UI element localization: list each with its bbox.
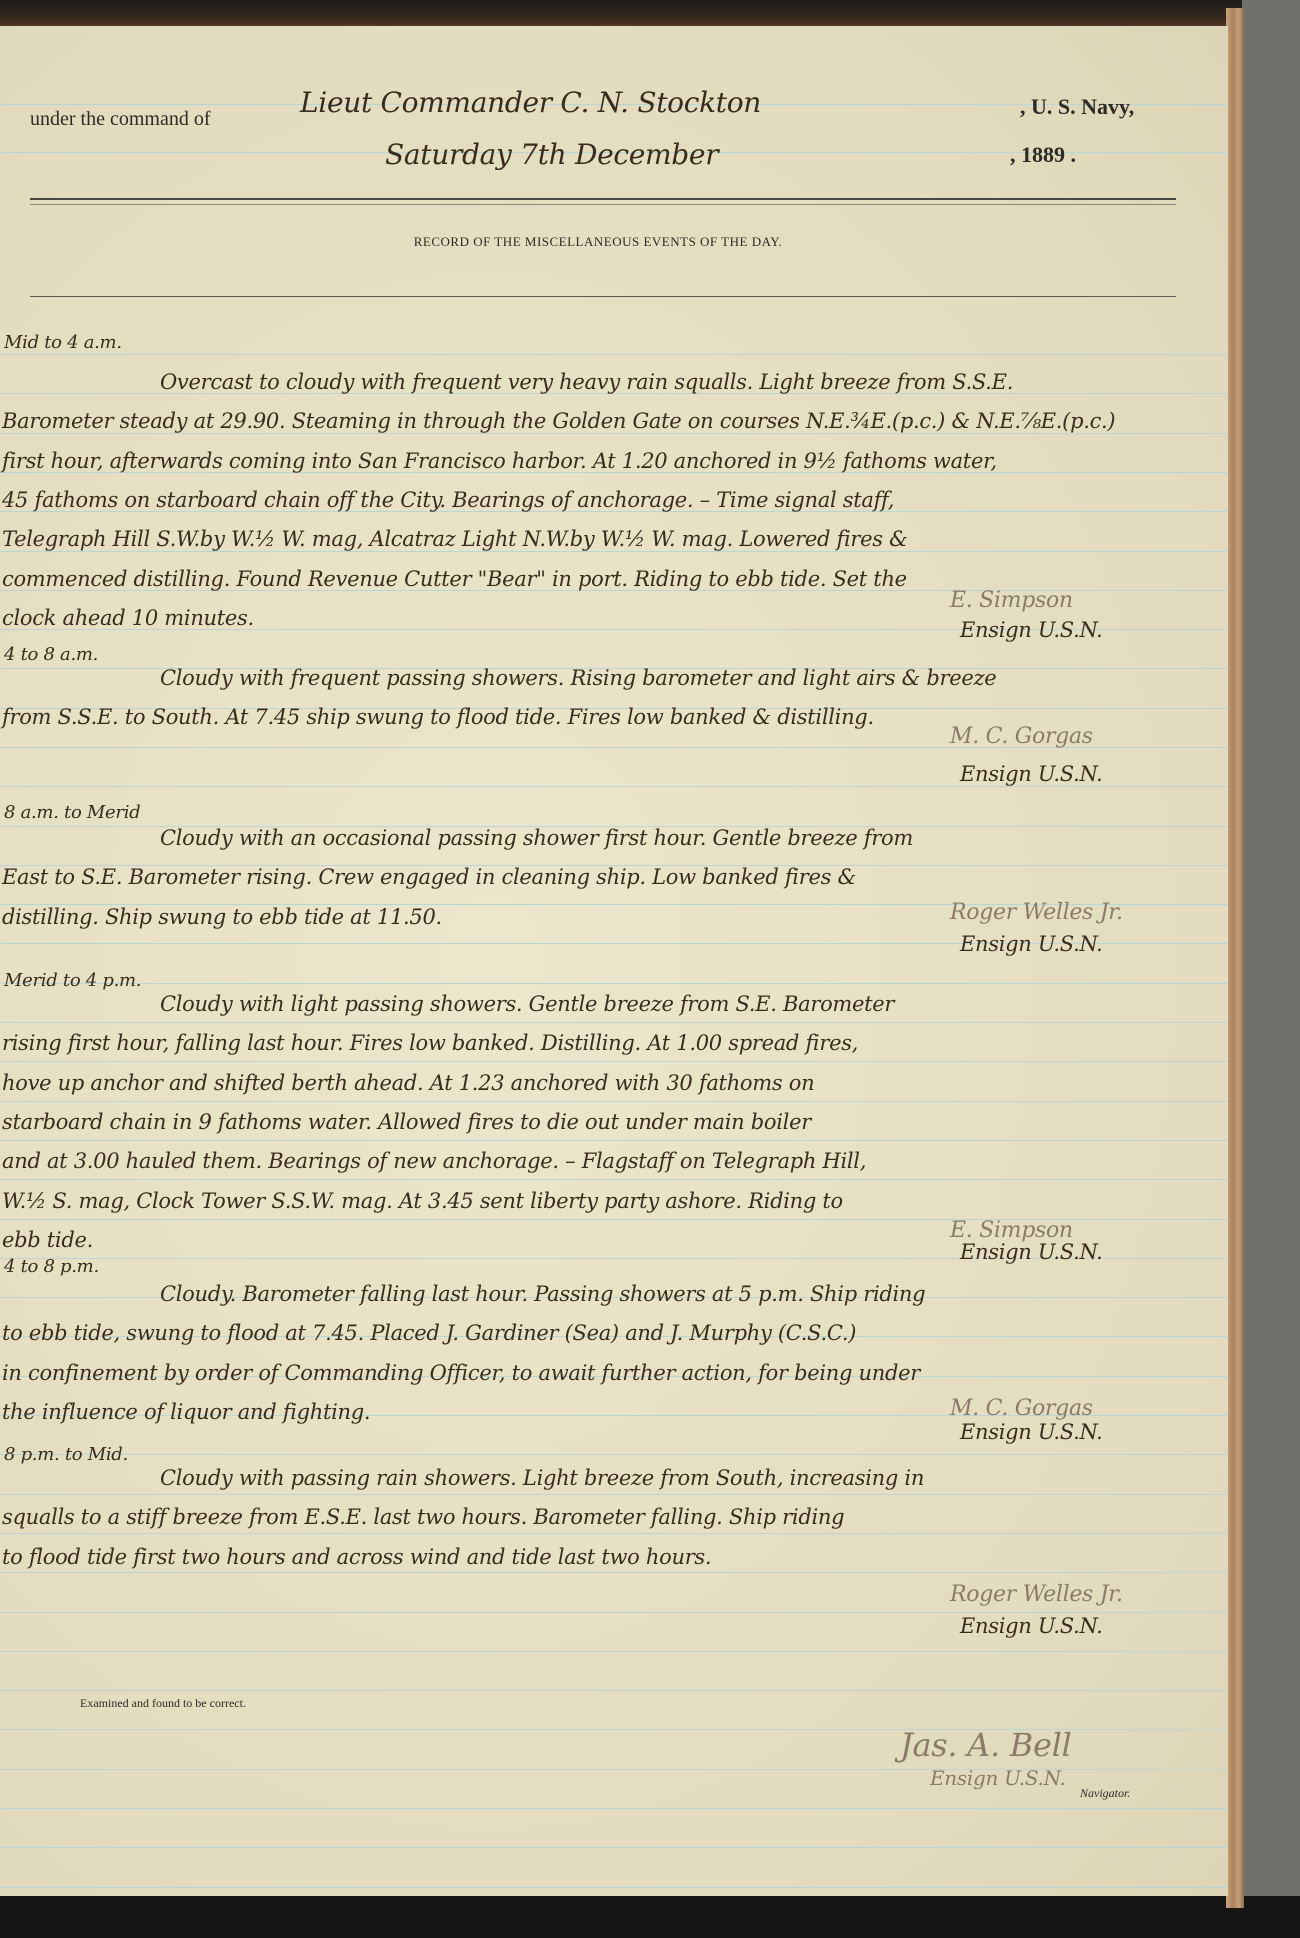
ruled-line	[0, 1179, 1228, 1180]
entry-line: rising first hour, falling last hour. Fi…	[2, 1031, 858, 1055]
section-divider	[30, 296, 1176, 297]
officer-signature: M. C. Gorgas	[950, 724, 1093, 749]
ruled-line	[0, 1533, 1228, 1534]
entry-line: Cloudy. Barometer falling last hour. Pas…	[160, 1282, 925, 1306]
watch-period: 8 p.m. to Mid.	[4, 1444, 128, 1465]
entry-line: 45 fathoms on starboard chain off the Ci…	[2, 488, 894, 512]
ruled-line	[0, 1022, 1228, 1023]
entry-line: East to S.E. Barometer rising. Crew enga…	[2, 865, 856, 889]
officer-rank: Ensign U.S.N.	[960, 932, 1103, 956]
logbook-page: under the command of Lieut Commander C. …	[0, 26, 1228, 1896]
ruled-line	[0, 1140, 1228, 1141]
entry-line: Cloudy with light passing showers. Gentl…	[160, 992, 894, 1016]
entry-line: to flood tide first two hours and across…	[2, 1545, 711, 1569]
ruled-line	[0, 1061, 1228, 1062]
entry-line: Cloudy with an occasional passing shower…	[160, 826, 913, 850]
backdrop-bottom	[0, 1896, 1300, 1938]
ruled-line	[0, 1494, 1228, 1495]
entry-line: in confinement by order of Commanding Of…	[2, 1361, 920, 1385]
ruled-line	[0, 1651, 1228, 1652]
log-year: , 1889 .	[1010, 142, 1076, 168]
entry-line: to ebb tide, swung to flood at 7.45. Pla…	[2, 1321, 856, 1345]
entry-line: hove up anchor and shifted berth ahead. …	[2, 1071, 814, 1095]
watch-period: 8 a.m. to Merid	[4, 802, 140, 823]
navigator-signature: Jas. A. Bell	[900, 1726, 1071, 1764]
entry-line: clock ahead 10 minutes.	[2, 606, 254, 630]
entry-line: W.½ S. mag, Clock Tower S.S.W. mag. At 3…	[2, 1189, 843, 1213]
ruled-line	[0, 1454, 1228, 1455]
ruled-line	[0, 1887, 1228, 1888]
header-divider-thin	[30, 204, 1176, 205]
officer-rank: Ensign U.S.N.	[960, 1240, 1103, 1264]
ruled-line	[0, 1572, 1228, 1573]
page-edge	[1226, 8, 1244, 1908]
officer-rank: Ensign U.S.N.	[960, 618, 1103, 642]
entry-line: Telegraph Hill S.W.by W.½ W. mag, Alcatr…	[2, 527, 908, 551]
entry-line: commenced distilling. Found Revenue Cutt…	[2, 567, 907, 591]
ruled-line	[0, 551, 1228, 552]
officer-signature: M. C. Gorgas	[950, 1396, 1093, 1421]
ruled-line	[0, 786, 1228, 787]
ruled-line	[0, 1690, 1228, 1691]
entry-line: and at 3.00 hauled them. Bearings of new…	[2, 1149, 866, 1173]
officer-rank: Ensign U.S.N.	[960, 1614, 1103, 1638]
entry-line: first hour, afterwards coming into San F…	[2, 449, 997, 473]
ruled-line	[0, 433, 1228, 434]
backdrop-right	[1242, 0, 1300, 1938]
officer-rank: Ensign U.S.N.	[960, 1420, 1103, 1444]
watch-period: 4 to 8 p.m.	[4, 1256, 99, 1277]
commander-name: Lieut Commander C. N. Stockton	[300, 86, 761, 119]
ruled-line	[0, 1808, 1228, 1809]
entry-line: Barometer steady at 29.90. Steaming in t…	[2, 409, 1115, 433]
examined-note: Examined and found to be correct.	[80, 1696, 246, 1711]
watch-period: Merid to 4 p.m.	[4, 970, 141, 991]
backdrop-top	[0, 0, 1300, 28]
entry-line: Cloudy with passing rain showers. Light …	[160, 1466, 924, 1490]
ruled-line	[0, 1101, 1228, 1102]
entry-line: starboard chain in 9 fathoms water. Allo…	[2, 1110, 811, 1134]
navigator-label: Navigator.	[1080, 1786, 1130, 1801]
entry-line: ebb tide.	[2, 1228, 93, 1252]
header-divider	[30, 198, 1176, 200]
entry-line: from S.S.E. to South. At 7.45 ship swung…	[2, 705, 874, 729]
ruled-line	[0, 1612, 1228, 1613]
officer-signature: Roger Welles Jr.	[950, 1582, 1123, 1607]
ruled-line	[0, 1847, 1228, 1848]
navigator-rank: Ensign U.S.N.	[930, 1766, 1066, 1790]
entry-line: distilling. Ship swung to ebb tide at 11…	[2, 905, 442, 929]
ruled-line	[0, 354, 1228, 355]
watch-period: 4 to 8 a.m.	[4, 644, 98, 665]
officer-rank: Ensign U.S.N.	[960, 762, 1103, 786]
officer-signature: Roger Welles Jr.	[950, 900, 1123, 925]
entry-line: Cloudy with frequent passing showers. Ri…	[160, 666, 996, 690]
command-prefix: under the command of	[30, 108, 211, 131]
navy-suffix: , U. S. Navy,	[1020, 94, 1134, 120]
log-date: Saturday 7th December	[385, 138, 718, 171]
entry-line: squalls to a stiff breeze from E.S.E. la…	[2, 1505, 844, 1529]
ruled-line	[0, 983, 1228, 984]
watch-period: Mid to 4 a.m.	[4, 332, 122, 353]
entry-line: the influence of liquor and fighting.	[2, 1400, 370, 1424]
entry-line: Overcast to cloudy with frequent very he…	[160, 370, 1013, 394]
officer-signature: E. Simpson	[950, 588, 1073, 613]
section-title: RECORD OF THE MISCELLANEOUS EVENTS OF TH…	[0, 234, 1196, 250]
